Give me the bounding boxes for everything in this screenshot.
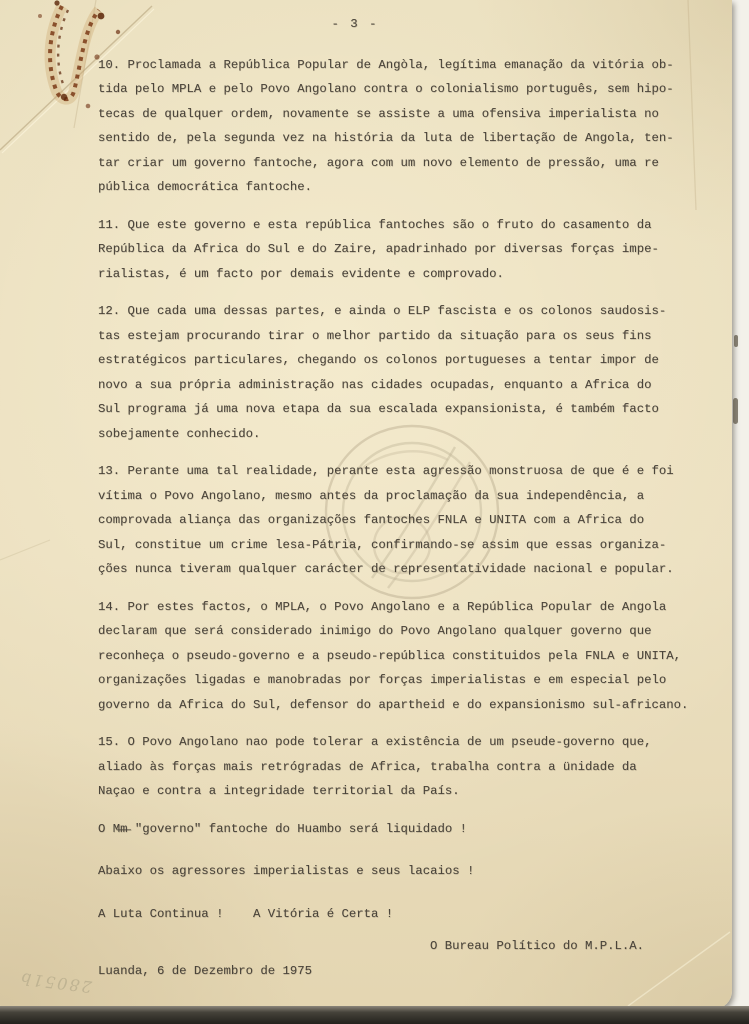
paragraph-10: 10. Proclamada a República Popular de An… xyxy=(98,53,714,200)
paragraph-12: 12. Que cada uma dessas partes, e ainda … xyxy=(98,299,714,446)
paragraph-15: 15. O Povo Angolano nao pode tolerar a e… xyxy=(98,730,714,804)
scanned-document: - 3 - 10. Proclamada a República Popular… xyxy=(0,0,749,1024)
paragraph-13: 13. Perante uma tal realidade, perante e… xyxy=(98,459,714,582)
scanner-background xyxy=(0,1006,749,1024)
paragraph-11: 11. Que este governo e esta república fa… xyxy=(98,213,714,287)
page-edge-speck xyxy=(734,335,738,347)
slogan-a-luta-continua: A Luta Continua ! A Vitória é Certa ! xyxy=(98,902,714,927)
page-edge-speck xyxy=(733,398,738,424)
slogan-abaixo: Abaixo os agressores imperialistas e seu… xyxy=(98,859,714,884)
signature-line: O Bureau Político do M.P.L.A. xyxy=(98,934,714,959)
page-number: - 3 - xyxy=(98,12,612,37)
slogan-huambo: O M̶m̶ "governo" fantoche do Huambo será… xyxy=(98,817,714,842)
typewritten-text-block: - 3 - 10. Proclamada a República Popular… xyxy=(98,12,714,983)
paragraph-14: 14. Por estes factos, o MPLA, o Povo Ang… xyxy=(98,595,714,718)
dateline: Luanda, 6 de Dezembro de 1975 xyxy=(98,959,714,984)
